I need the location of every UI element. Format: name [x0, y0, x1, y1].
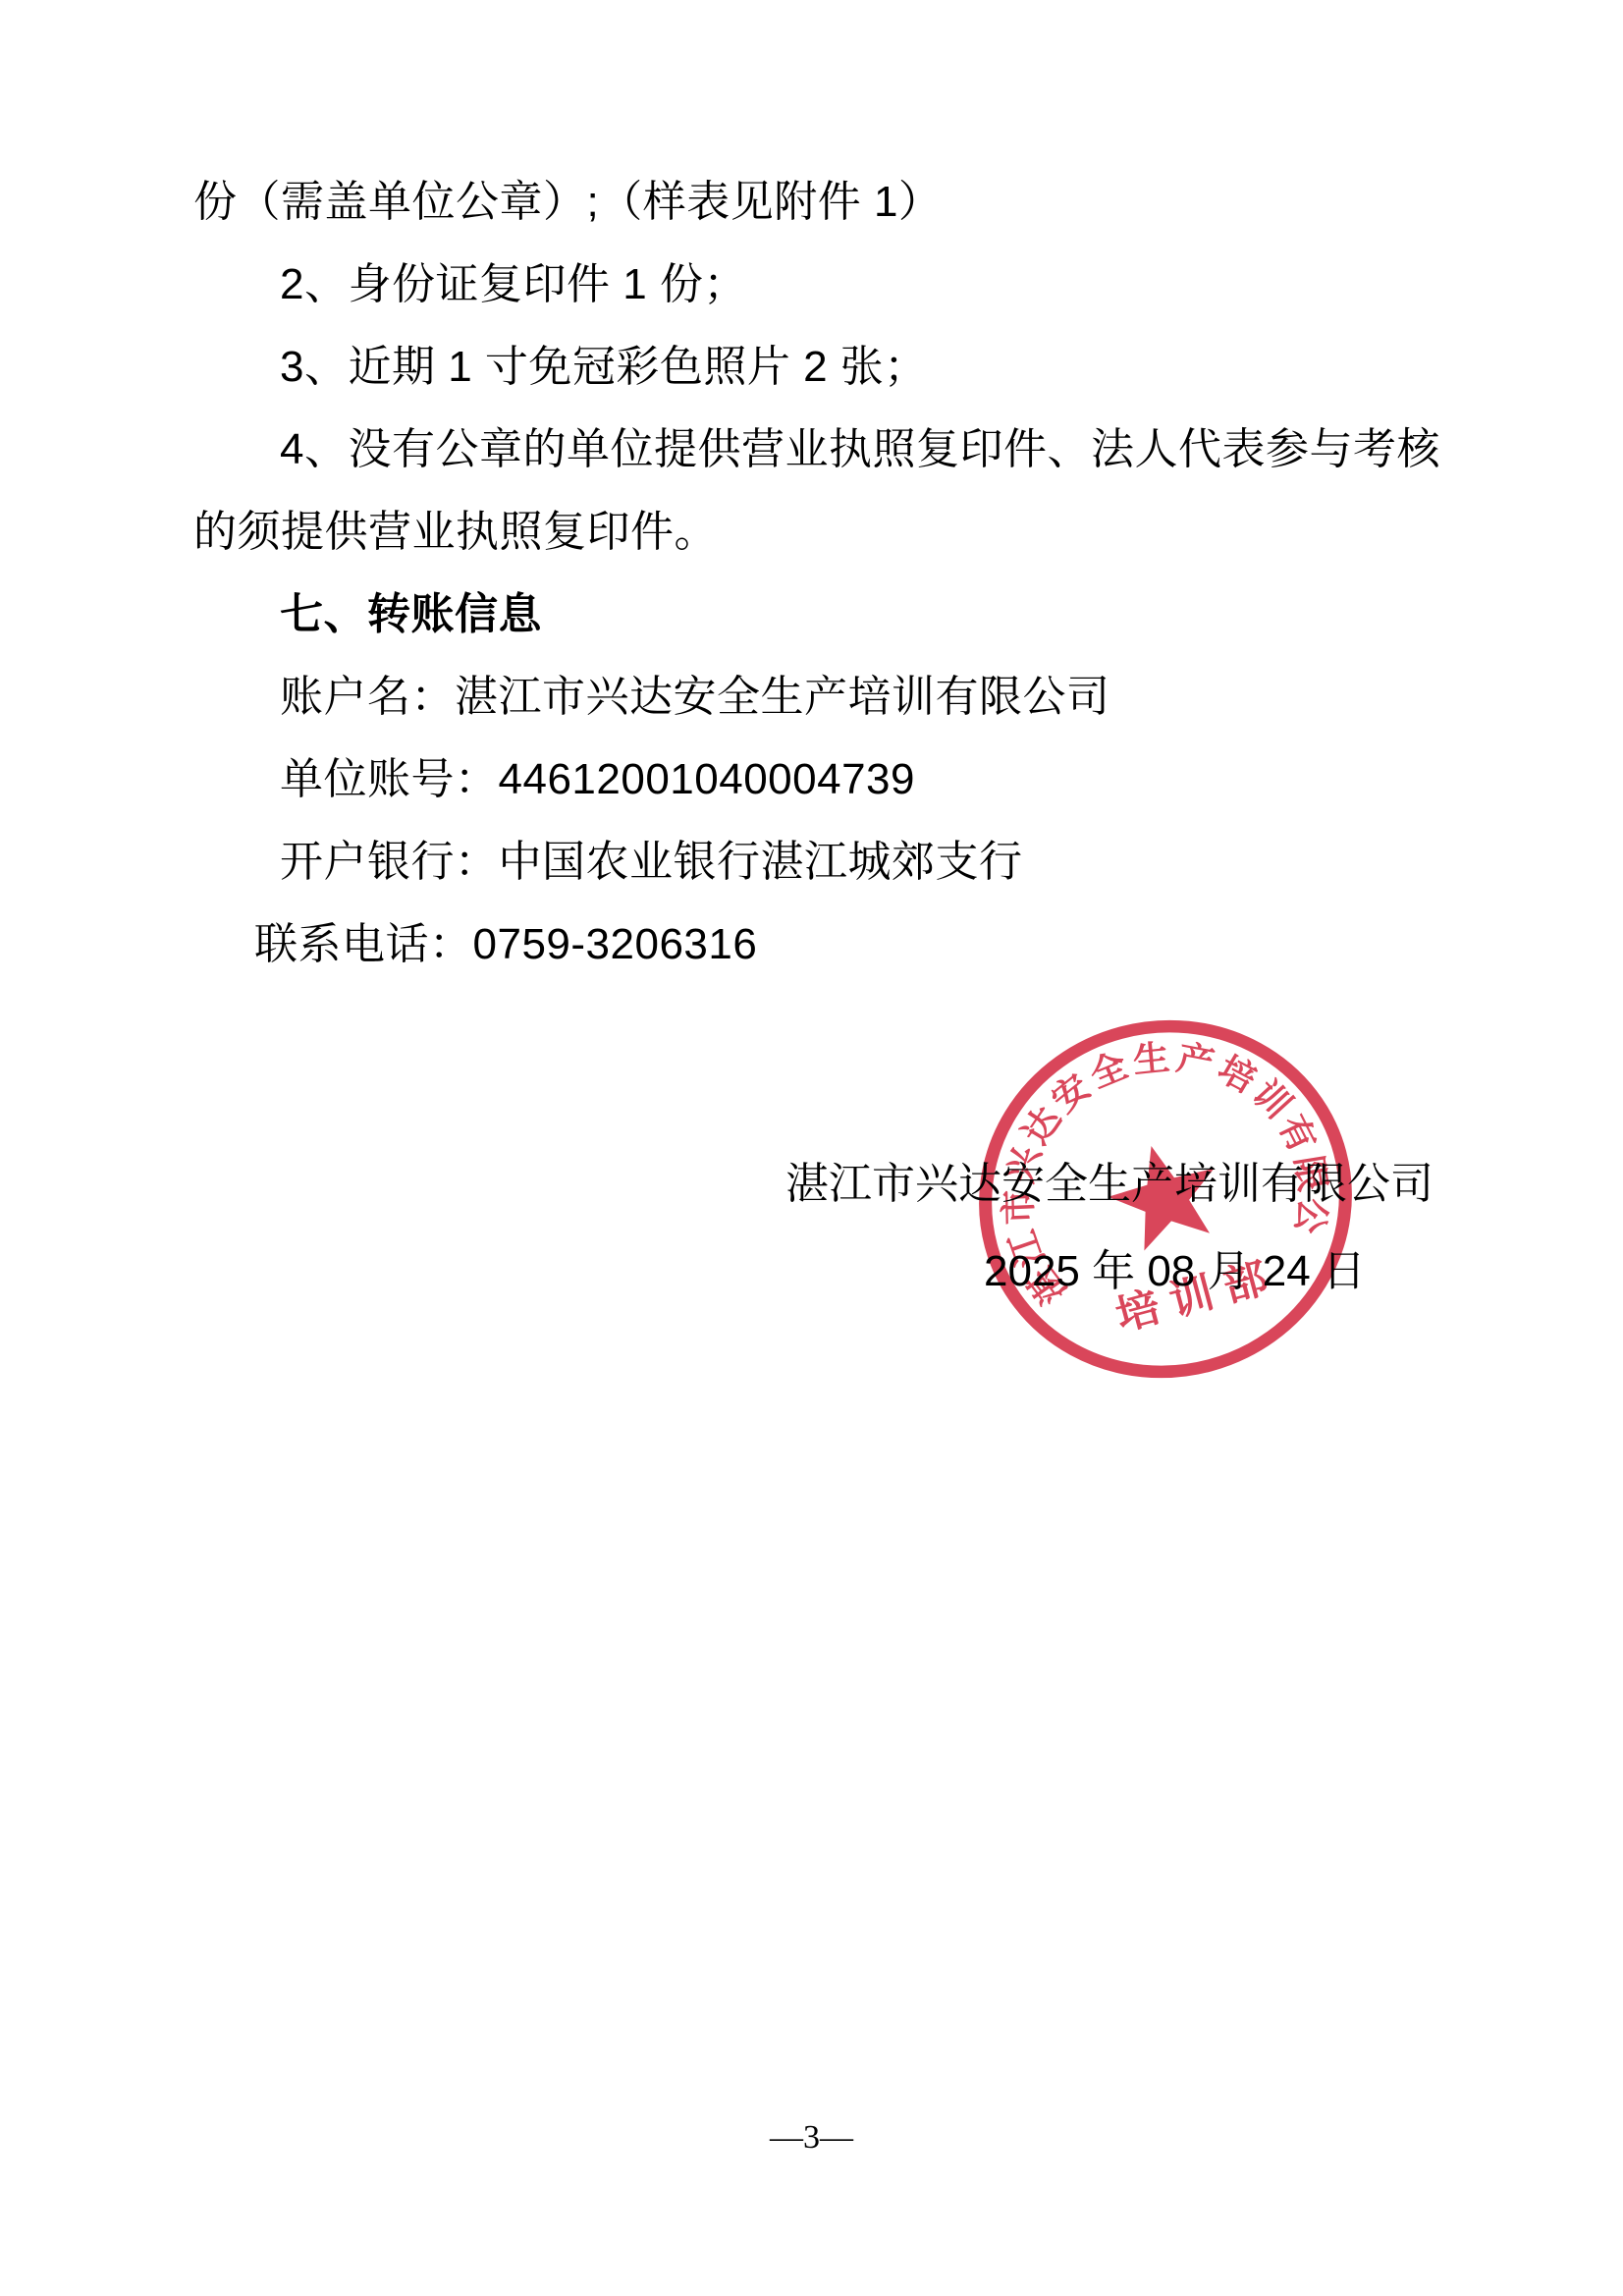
document-line: 的须提供营业执照复印件。: [193, 505, 718, 560]
document-line: 3、近期 1 寸免冠彩色照片 2 张；: [280, 340, 928, 395]
page-number: —3—: [0, 2119, 1623, 2157]
company-seal-stamp: 湛江市兴达安全生产培训有限公司 培训部: [937, 977, 1394, 1422]
seal-star-icon: [1099, 1132, 1230, 1256]
seal-graphic: 湛江市兴达安全生产培训有限公司 培训部: [937, 977, 1394, 1422]
document-line: 2、身份证复印件 1 份；: [280, 257, 747, 312]
document-line: 账户名：湛江市兴达安全生产培训有限公司: [280, 670, 1110, 725]
document-line: 份（需盖单位公章）;（样表见附件 1）: [193, 175, 942, 230]
document-line: 开户银行：中国农业银行湛江城郊支行: [280, 835, 1023, 890]
document-line: 单位账号：44612001040004739: [280, 752, 915, 807]
document-line: 联系电话：0759-3206316: [254, 917, 757, 972]
seal-bottom-text: 培训部: [1111, 1252, 1284, 1339]
document-line: 七、转账信息: [280, 587, 542, 642]
document-page: 份（需盖单位公章）;（样表见附件 1）2、身份证复印件 1 份；3、近期 1 寸…: [0, 0, 1623, 2296]
document-line: 4、没有公章的单位提供营业执照复印件、法人代表参与考核: [280, 422, 1440, 477]
